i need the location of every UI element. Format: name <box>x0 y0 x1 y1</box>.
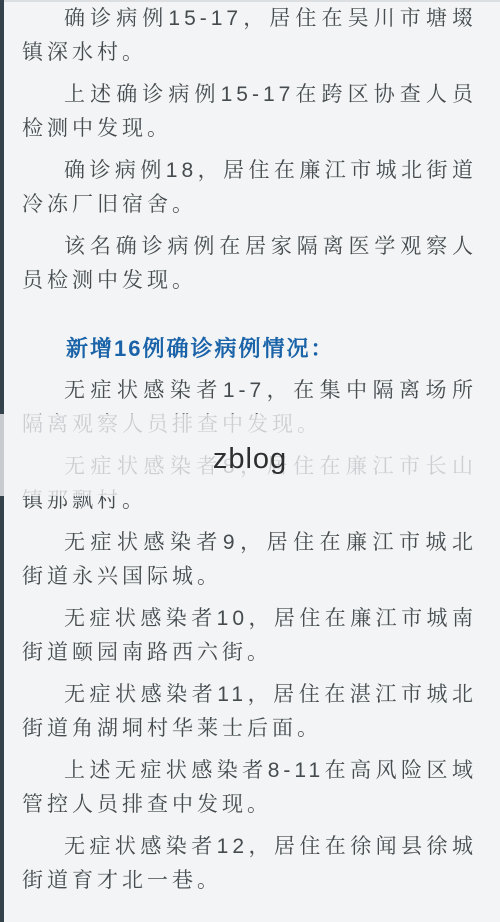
paragraph-asymptomatic-12: 无症状感染者12，居住在徐闻县徐城街道育才北一巷。 <box>22 830 477 898</box>
section-heading-new-16-cases: 新增16例确诊病例情况： <box>22 332 477 366</box>
watermark-overlay: zblog <box>0 414 500 496</box>
paragraph-asymptomatic-9: 无症状感染者9，居住在廉江市城北街道永兴国际城。 <box>22 526 477 594</box>
paragraph-asymptomatic-10: 无症状感染者10，居住在廉江市城南街道颐园南路西六街。 <box>22 602 477 670</box>
paragraph-asymptomatic-11: 无症状感染者11，居住在湛江市城北街道角湖垌村华莱士后面。 <box>22 678 477 746</box>
paragraph-case-18-detection: 该名确诊病例在居家隔离医学观察人员检测中发现。 <box>22 230 477 298</box>
paragraph-cases-15-17-residence: 确诊病例15-17，居住在吴川市塘㙍镇深水村。 <box>22 2 477 70</box>
watermark-text: zblog <box>213 435 287 476</box>
paragraph-asymptomatic-8-11-detection: 上述无症状感染者8-11在高风险区域管控人员排查中发现。 <box>22 754 477 822</box>
paragraph-case-18-residence: 确诊病例18，居住在廉江市城北街道冷冻厂旧宿舍。 <box>22 154 477 222</box>
paragraph-cases-15-17-detection: 上述确诊病例15-17在跨区协查人员检测中发现。 <box>22 78 477 146</box>
